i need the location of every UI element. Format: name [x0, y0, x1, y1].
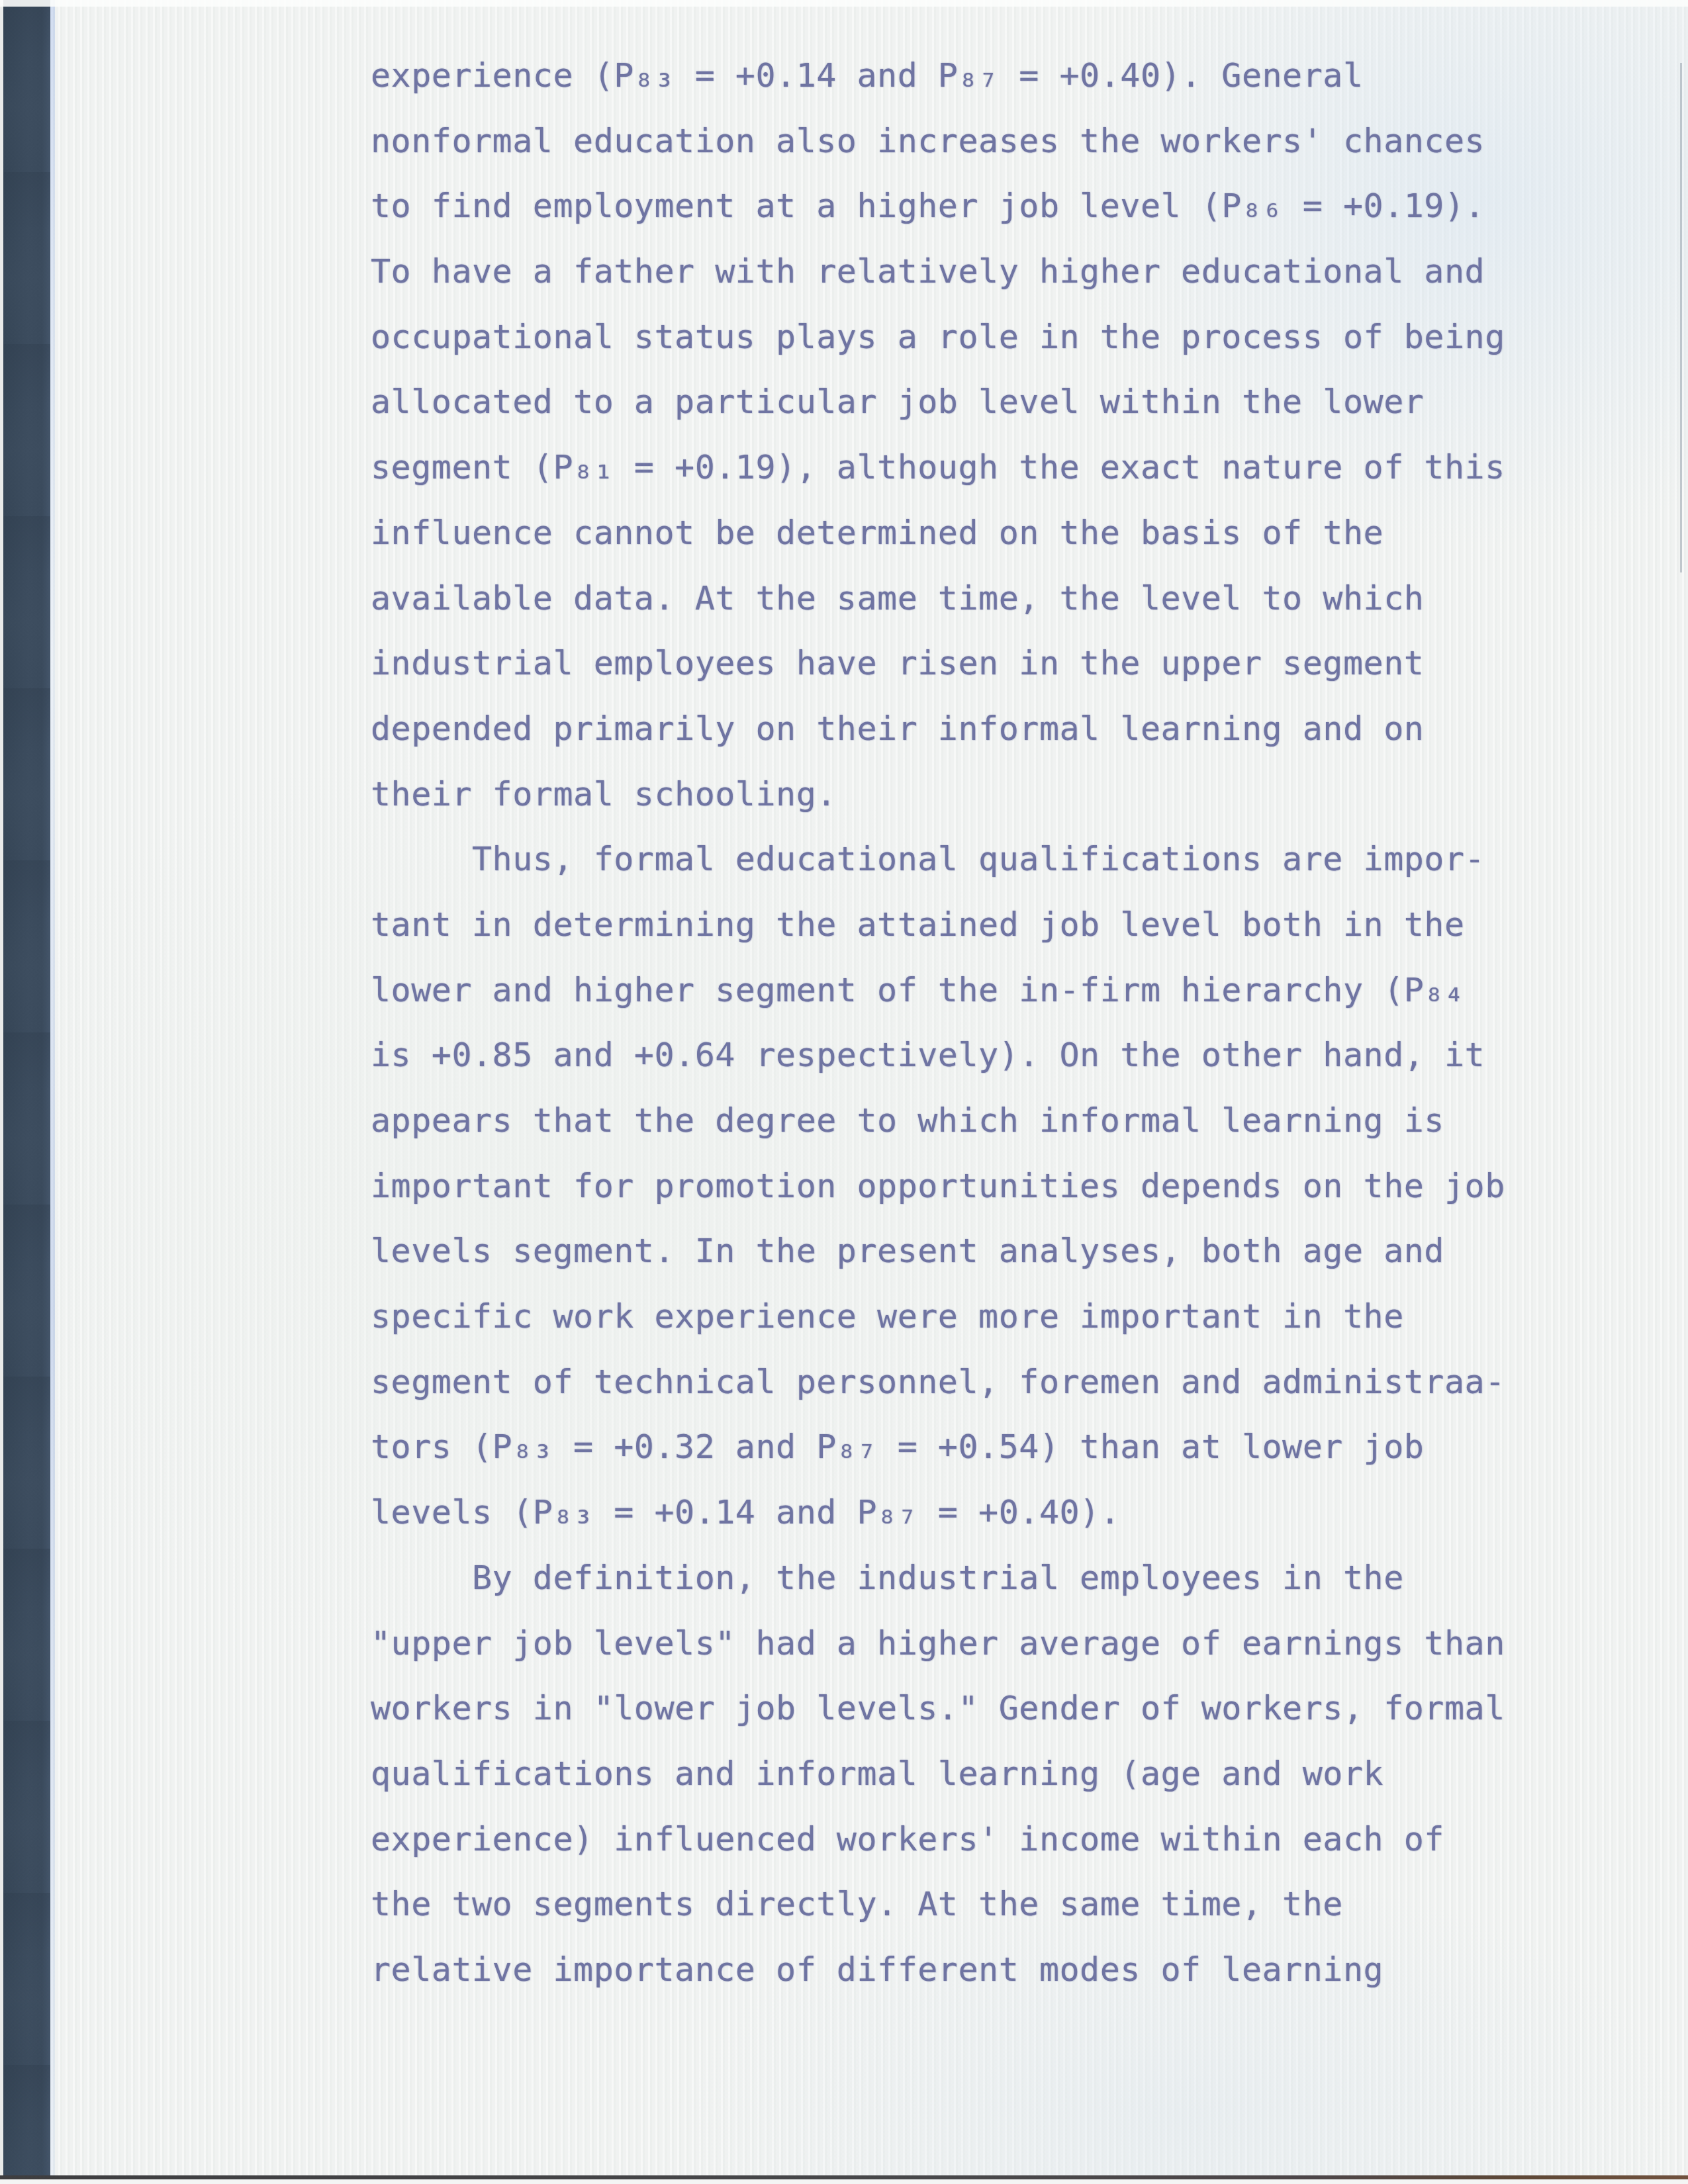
text-line: allocated to a particular job level with…	[371, 369, 1575, 435]
text-line: segment of technical personnel, foremen …	[371, 1349, 1575, 1415]
page-left-edge	[0, 0, 3, 2184]
text-line: the two segments directly. At the same t…	[371, 1872, 1575, 1937]
text-line: depended primarily on their informal lea…	[371, 696, 1575, 762]
text-line: "upper job levels" had a higher average …	[371, 1611, 1575, 1676]
text-line: tors (P₈₃ = +0.32 and P₈₇ = +0.54) than …	[371, 1414, 1575, 1480]
text-line: levels segment. In the present analyses,…	[371, 1218, 1575, 1284]
page-right-edge-line	[1680, 63, 1682, 572]
text-line: occupational status plays a role in the …	[371, 304, 1575, 370]
page-top-edge	[0, 0, 1688, 7]
text-line: important for promotion opportunities de…	[371, 1154, 1575, 1219]
text-line: Thus, formal educational qualifications …	[371, 827, 1575, 892]
text-line: levels (P₈₃ = +0.14 and P₈₇ = +0.40).	[371, 1480, 1575, 1545]
text-line: experience (P₈₃ = +0.14 and P₈₇ = +0.40)…	[371, 43, 1575, 109]
text-line: experience) influenced workers' income w…	[371, 1807, 1575, 1872]
text-line: To have a father with relatively higher …	[371, 239, 1575, 304]
text-line: appears that the degree to which informa…	[371, 1088, 1575, 1154]
text-line: qualifications and informal learning (ag…	[371, 1741, 1575, 1807]
text-line: relative importance of different modes o…	[371, 1937, 1575, 2003]
page-bottom-edge	[0, 2179, 1688, 2184]
text-line: nonformal education also increases the w…	[371, 109, 1575, 174]
text-line: workers in "lower job levels." Gender of…	[371, 1676, 1575, 1741]
text-line: tant in determining the attained job lev…	[371, 892, 1575, 958]
text-line: industrial employees have risen in the u…	[371, 631, 1575, 696]
text-line: segment (P₈₁ = +0.19), although the exac…	[371, 435, 1575, 500]
text-line: available data. At the same time, the le…	[371, 566, 1575, 631]
text-line: lower and higher segment of the in-firm …	[371, 958, 1575, 1023]
text-line: influence cannot be determined on the ba…	[371, 500, 1575, 566]
typewritten-text-block: experience (P₈₃ = +0.14 and P₈₇ = +0.40)…	[371, 43, 1575, 2003]
text-line: is +0.85 and +0.64 respectively). On the…	[371, 1023, 1575, 1088]
binding-edge-bar	[3, 0, 50, 2184]
text-line: By definition, the industrial employees …	[371, 1545, 1575, 1611]
binding-edge-highlight	[50, 0, 55, 2184]
scanned-page: experience (P₈₃ = +0.14 and P₈₇ = +0.40)…	[0, 0, 1688, 2184]
text-line: to find employment at a higher job level…	[371, 173, 1575, 239]
text-line: specific work experience were more impor…	[371, 1284, 1575, 1349]
text-line: their formal schooling.	[371, 762, 1575, 827]
